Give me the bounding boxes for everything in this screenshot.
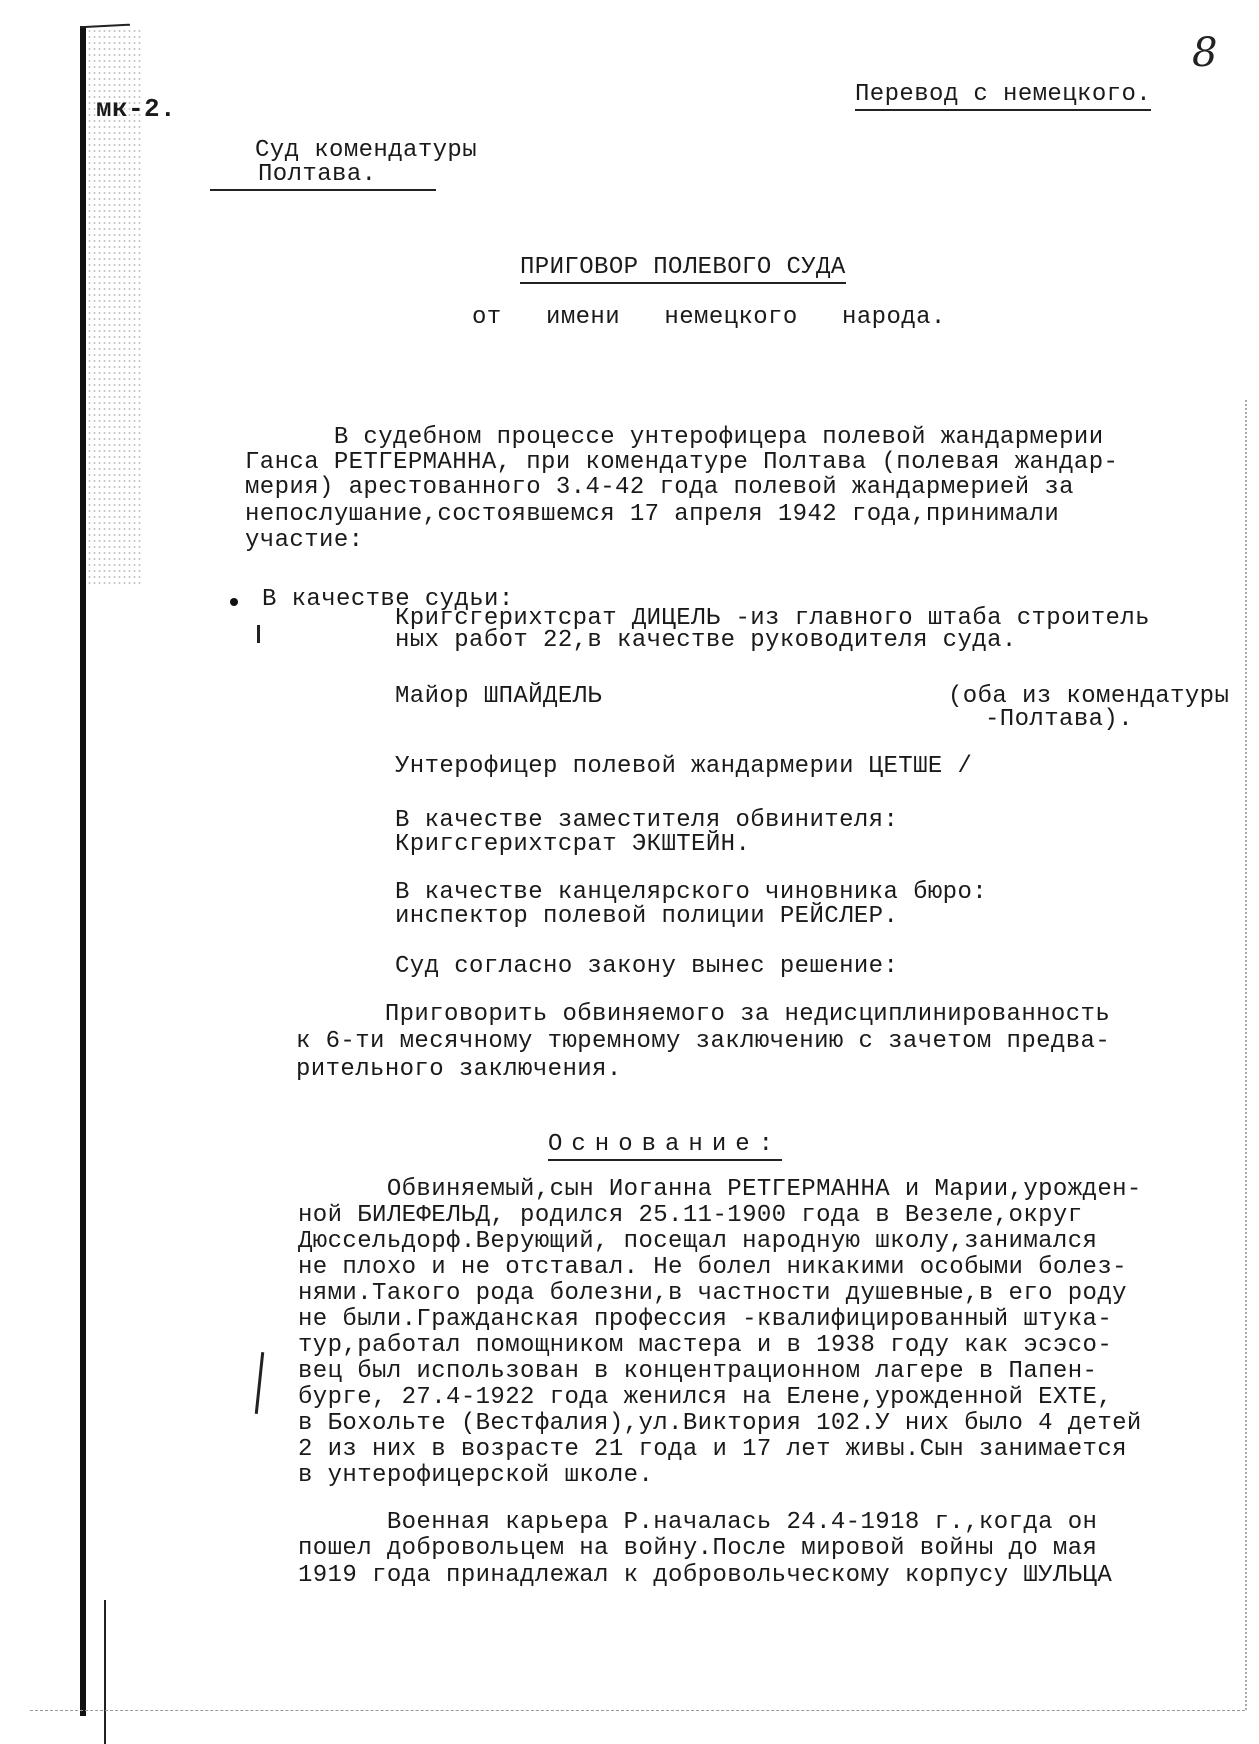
judge-3: Унтерофицер полевой жандармерии ЦЕТШЕ / — [395, 754, 972, 780]
grounds-line: 2 из них в возрасте 21 года и 17 лет жив… — [298, 1437, 1127, 1463]
grounds-line: не были.Гражданская профессия -квалифици… — [298, 1307, 1112, 1333]
page-bottom-left-edge — [104, 1600, 106, 1744]
archive-mark: мк-2. — [96, 96, 176, 122]
margin-mark — [257, 625, 260, 643]
page-right-edge — [1245, 400, 1248, 1710]
margin-bullet — [230, 598, 238, 606]
decision-line: Приговорить обвиняемого за недисциплинир… — [296, 1002, 1110, 1028]
grounds-line: не плохо и не отставал. Не болел никаким… — [298, 1255, 1127, 1281]
grounds-line: бурге, 27.4-1922 года женился на Елене,у… — [298, 1385, 1112, 1411]
decision-intro: Суд согласно закону вынес решение: — [395, 954, 898, 980]
court-city: Полтава. — [210, 162, 436, 191]
document-page: мк-2. Перевод с немецкого. 8 Суд коменда… — [0, 0, 1259, 1744]
intro-line: Ганса РЕТГЕРМАННА, при комендатуре Полта… — [245, 450, 1118, 476]
judge-2: Майор ШПАЙДЕЛЬ — [395, 684, 602, 710]
grounds-line: нями.Такого рода болезни,в частности душ… — [298, 1281, 1127, 1307]
page-bottom-edge — [30, 1710, 1245, 1712]
grounds-line: тур,работал помощником мастера и в 1938 … — [298, 1333, 1112, 1359]
clerk: инспектор полевой полиции РЕЙСЛЕР. — [395, 904, 898, 930]
grounds-line: в унтерофицерской школе. — [298, 1463, 653, 1489]
document-title: ПРИГОВОР ПОЛЕВОГО СУДА — [520, 255, 846, 284]
judge-1-line-2: ных работ 22,в качестве руководителя суд… — [395, 628, 1017, 654]
page-left-border — [80, 26, 86, 1716]
grounds-line: вец был использован в концентрационном л… — [298, 1359, 1097, 1385]
prosecutor: Кригсгерихтсрат ЭКШТЕЙН. — [395, 832, 750, 858]
grounds-line: пошел добровольцем на войну.После мирово… — [298, 1536, 1097, 1562]
intro-line: мерия) арестованного 3.4-42 года полевой… — [245, 475, 1074, 501]
intro-line: В судебном процессе унтерофицера полевой… — [245, 425, 1104, 451]
judges-note-city: -Полтава). — [985, 707, 1133, 733]
decision-line: рительного заключения. — [296, 1057, 622, 1083]
page-number: 8 — [1192, 30, 1217, 76]
translation-note: Перевод с немецкого. — [855, 82, 1151, 111]
intro-line: участие: — [245, 528, 363, 554]
grounds-line: Обвиняемый,сын Иоганна РЕТГЕРМАННА и Мар… — [298, 1177, 1142, 1203]
document-subtitle: от имени немецкого народа. — [472, 305, 946, 331]
decision-line: к 6-ти месячному тюремному заключению с … — [296, 1029, 1110, 1055]
grounds-line: Военная карьера Р.началась 24.4-1918 г.,… — [298, 1510, 1097, 1536]
grounds-line: Дюссельдорф.Верующий, посещал народную ш… — [298, 1229, 1097, 1255]
grounds-line: ной БИЛЕФЕЛЬД, родился 25.11-1900 года в… — [298, 1203, 1083, 1229]
grounds-heading: Основание: — [548, 1132, 782, 1161]
grounds-line: в Бохольте (Вестфалия),ул.Виктория 102.У… — [298, 1411, 1142, 1437]
margin-mark — [255, 1352, 264, 1414]
grounds-line: 1919 года принадлежал к добровольческому… — [298, 1563, 1112, 1589]
intro-line: непослушание,состоявшемся 17 апреля 1942… — [245, 502, 1059, 528]
